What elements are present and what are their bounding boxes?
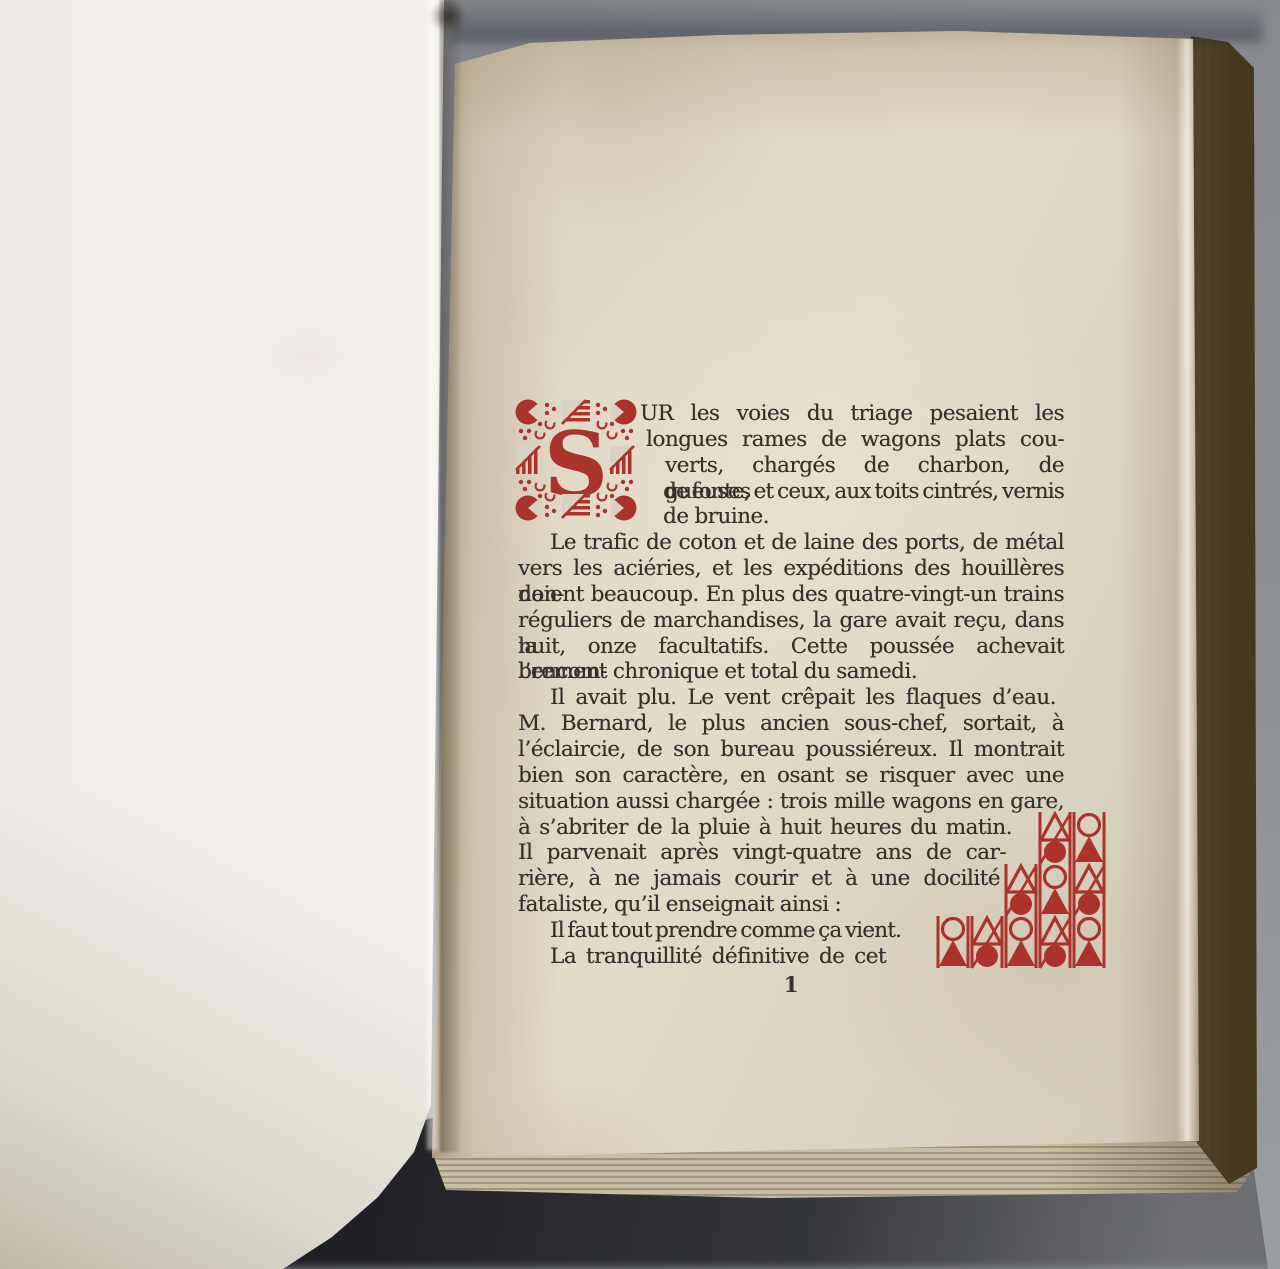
gutter-shadow bbox=[440, 0, 460, 1152]
fore-edge-fold-shade bbox=[1118, 36, 1199, 1144]
text-line: M. Bernard, le plus ancien sous-chef, so… bbox=[518, 711, 1064, 737]
text-line: Le trafic de coton et de laine des ports… bbox=[518, 530, 1064, 556]
drop-cap-ornament: S bbox=[514, 398, 638, 522]
text-line: brement chronique et total du samedi. bbox=[518, 659, 1064, 685]
tailpiece-ornament bbox=[935, 810, 1107, 970]
text-line: l’éclaircie, de son bureau poussiéreux. … bbox=[518, 737, 1064, 763]
text-line: réguliers de marchandises, la gare avait… bbox=[518, 608, 1064, 634]
gutter-highlight bbox=[427, 0, 437, 1150]
text-line: naient beaucoup. En plus des quatre-ving… bbox=[518, 582, 1064, 608]
text-line: Il avait plu. Le vent crêpait les flaque… bbox=[518, 685, 1064, 711]
text-line: nuit, onze facultatifs. Cette poussée ac… bbox=[518, 634, 1064, 660]
book-photo: UR les voies du triage pesaient leslongu… bbox=[0, 0, 1280, 1269]
gutter-top-shadow bbox=[430, 0, 476, 74]
text-line: vers les aciéries, et les expéditions de… bbox=[518, 556, 1064, 582]
page-number: 1 bbox=[518, 972, 1064, 1000]
text-line: bien son caractère, en osant se risquer … bbox=[518, 763, 1064, 789]
